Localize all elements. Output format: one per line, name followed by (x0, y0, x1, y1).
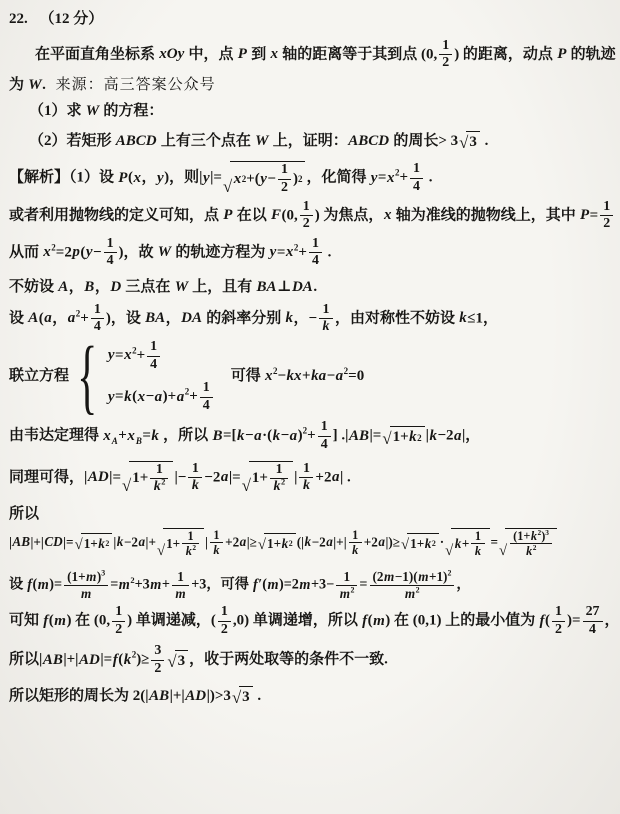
solution-conclusion: 所以矩形的周长为 2(|AB|+|AD|)>3√3 . (9, 686, 616, 708)
solution-system-line: 联立方程 { y=x2+14 y=k(x−a)+a2+14 可得 x2−kx+k… (9, 340, 616, 414)
system-equation-2: y=k(x−a)+a2+14 (107, 381, 214, 413)
solution-line-12: 可知 f(m) 在 (0,12) 单调递减，(12,0) 单调递增，所以 f(m… (9, 605, 616, 637)
part-1-label: （1）求 W 的方程： (9, 102, 616, 122)
system-equations: y=x2+14 y=k(x−a)+a2+14 (107, 340, 214, 414)
source-note: 来源：高三答案公众号 (56, 77, 216, 93)
problem-points: （12 分） (40, 11, 104, 27)
solution-line-9: 所以 (9, 505, 616, 525)
solution-line-7: 由韦达定理得 xA+xB=k ，所以 B=[k−a·(k−a)2+14] .|A… (9, 420, 616, 452)
problem-header: 22. （12 分） (9, 10, 616, 30)
system-result: 可得 x2−kx+ka−a2=0 (231, 367, 365, 387)
solution-line-11: 设 f(m)=(1+m)3m=m2+3m+1m+3，可得 f′(m)=2m+3−… (9, 570, 616, 601)
solution-line-1: 【解析】（1）设 P(x，y)，则|y|=√x2+(y−12)2，化简得 y=x… (9, 161, 616, 195)
solution-line-10: |AB|+|CD|=√1+k2|k−2a|+√1+1k2|1k+2a|≥√1+k… (9, 528, 616, 559)
problem-statement-line2: 为 W. 来源：高三答案公众号 (9, 76, 616, 96)
part-2-label: （2）若矩形 ABCD 上有三个点在 W 上，证明：ABCD 的周长> 3√3 … (9, 131, 616, 153)
statement-lead: 为 W. (9, 77, 46, 93)
system-label: 联立方程 (9, 367, 69, 387)
solution-line-8: 同理可得，|AD|=√1+1k2|−1k−2a|=√1+1k2|1k+2a| . (9, 461, 616, 495)
solution-line-4: 不妨设 A，B，D 三点在 W 上，且有 BA⊥DA. (9, 278, 616, 298)
problem-number: 22. (9, 11, 28, 27)
solution-line-13: 所以|AB|+|AD|=f(k2)≥32√3，收于两处取等的条件不一致. (9, 644, 616, 676)
document-page: 22. （12 分） 在平面直角坐标系 xOy 中，点 P 到 x 轴的距离等于… (0, 0, 620, 707)
solution-line-3: 从而 x2=2p(y−14)，故 W 的轨迹方程为 y=x2+14 . (9, 237, 616, 269)
left-brace: { (77, 341, 97, 412)
problem-statement-line1: 在平面直角坐标系 xOy 中，点 P 到 x 轴的距离等于其到点 (0,12) … (9, 39, 616, 71)
solution-line-5: 设 A(a，a2+14)，设 BA，DA 的斜率分别 k，−1k，由对称性不妨设… (9, 303, 616, 335)
solution-line-2: 或者利用抛物线的定义可知，点 P 在以 F(0,12) 为焦点，x 轴为准线的抛… (9, 200, 616, 232)
system-equation-1: y=x2+14 (107, 340, 214, 372)
